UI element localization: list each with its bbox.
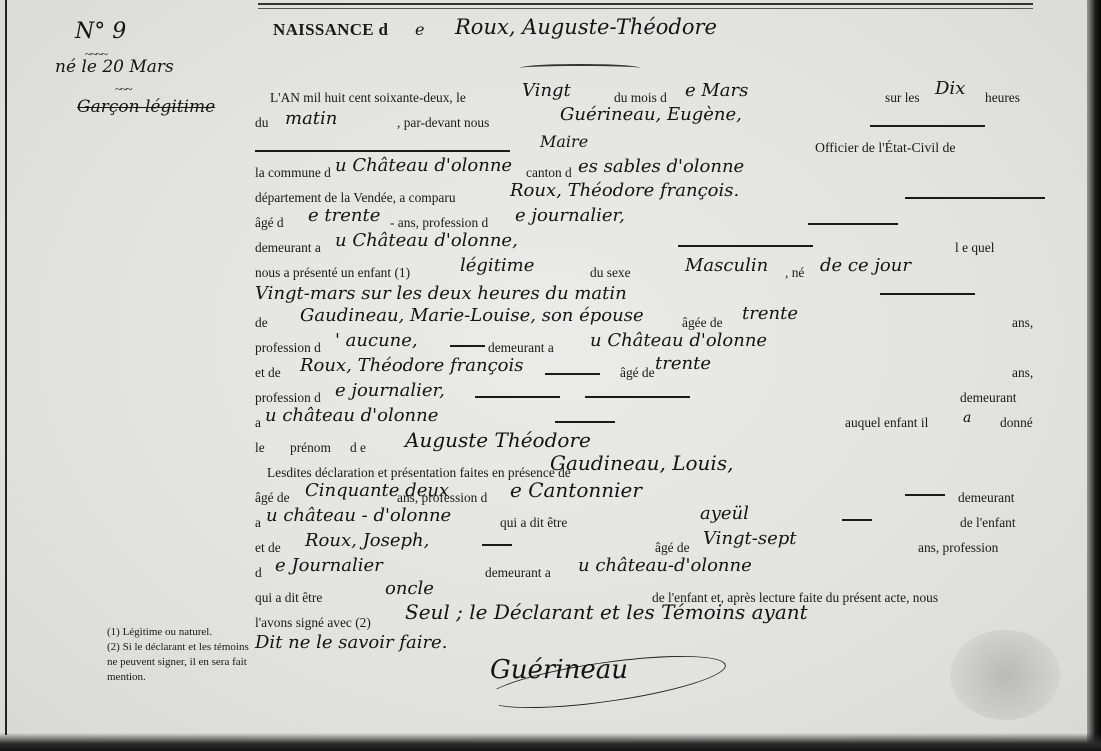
field-witness2-name: Roux, Joseph, (305, 530, 429, 551)
field-father-profession: e journalier, (335, 380, 445, 401)
field-witness2-relation: oncle (385, 578, 434, 599)
printed-text: du sexe (590, 265, 631, 281)
record-title: NAISSANCE d (273, 20, 388, 40)
field-father-residence: u château d'olonne (265, 405, 438, 426)
field-given-names: Auguste Théodore (405, 428, 591, 452)
printed-text: sur les (885, 90, 920, 106)
footnotes: (1) Légitime ou naturel. (2) Si le décla… (95, 625, 255, 685)
field-commune: u Château d'olonne (335, 155, 512, 176)
printed-text: auquel enfant il (845, 415, 928, 431)
printed-text: prénom (290, 440, 331, 456)
fill-line (870, 125, 985, 127)
field-mother-profession: ' aucune, (335, 330, 418, 351)
title-flourish (520, 64, 640, 72)
field-mother-age: trente (742, 303, 798, 324)
field-canton: es sables d'olonne (578, 156, 744, 177)
field-legitimacy: légitime (460, 255, 534, 276)
child-name-heading: Roux, Auguste-Théodore (455, 15, 717, 39)
printed-text: demeurant (958, 490, 1015, 506)
paper-stain (950, 630, 1060, 720)
scan-edge-shadow-bottom (0, 733, 1101, 751)
printed-text: d e (350, 440, 366, 456)
printed-text: L'AN mil huit cent soixante-deux, le (270, 90, 466, 106)
field-mother-name: Gaudineau, Marie-Louise, son épouse (300, 305, 644, 326)
field-father-name: Roux, Théodore françois (300, 355, 524, 376)
field-birth-time: Vingt-mars sur les deux heures du matin (255, 283, 627, 304)
fill-line (905, 197, 1045, 199)
printed-text: a (255, 515, 261, 531)
footnote-1: (1) Légitime ou naturel. (95, 625, 255, 640)
fill-line (450, 345, 485, 347)
printed-text: profession d (255, 340, 321, 356)
field-day: Vingt (522, 80, 571, 101)
field-sex: Masculin (685, 255, 768, 276)
field-witness2-profession: e Journalier (275, 555, 383, 576)
printed-text: ans, (1012, 315, 1033, 331)
printed-text: âgé de (620, 365, 655, 381)
printed-text: canton d (526, 165, 572, 181)
field-officer-name: Guérineau, Eugène, (560, 104, 742, 125)
birth-record-page: N° 9 ~~~~ né le 20 Mars ~~~ Garçon légit… (0, 0, 1101, 751)
margin-sex-status: Garçon légitime (77, 97, 215, 117)
left-border-rule (5, 0, 7, 735)
printed-text: nous a présenté un enfant (1) (255, 265, 410, 281)
field-signature-note: Seul ; le Déclarant et les Témoins ayant (405, 600, 808, 624)
field-declarant-residence: u Château d'olonne, (335, 230, 518, 251)
printed-text: demeurant a (255, 240, 321, 256)
printed-text: , par-devant nous (397, 115, 489, 131)
fill-line (255, 150, 510, 152)
printed-text: qui a dit être (500, 515, 567, 531)
mayor-signature: Guérineau (490, 655, 628, 685)
fill-line (905, 494, 945, 496)
field-time: matin (285, 108, 337, 129)
printed-text: département de la Vendée, a comparu (255, 190, 456, 206)
fill-line (555, 421, 615, 423)
printed-text: d (255, 565, 262, 581)
printed-text: demeurant a (488, 340, 554, 356)
printed-text: profession d (255, 390, 321, 406)
printed-text: l'avons signé avec (2) (255, 615, 371, 631)
field-father-age: trente (655, 353, 711, 374)
printed-text: l e quel (955, 240, 994, 256)
printed-text: a (255, 415, 261, 431)
field-mother-residence: u Château d'olonne (590, 330, 767, 351)
printed-text: âgé de (655, 540, 690, 556)
field-declarant: Roux, Théodore françois. (510, 180, 739, 201)
fill-line (482, 544, 512, 546)
fill-line (585, 396, 690, 398)
fill-line (475, 396, 560, 398)
field-declarant-profession: e journalier, (515, 205, 625, 226)
field-witness1-relation: ayeül (700, 503, 749, 524)
printed-text: qui a dit être (255, 590, 322, 606)
field-witness1-name: Gaudineau, Louis, (550, 451, 733, 475)
printed-text: de (255, 315, 268, 331)
printed-text: ans, profession (918, 540, 998, 556)
printed-text: Officier de l'État-Civil de (815, 140, 956, 156)
field-witness2-residence: u château-d'olonne (578, 555, 752, 576)
printed-text: et de (255, 365, 281, 381)
title-prefix: e (415, 20, 424, 39)
printed-text: âgée de (682, 315, 723, 331)
printed-text: du (255, 115, 268, 131)
fill-line (545, 373, 600, 375)
printed-text: et de (255, 540, 281, 556)
top-rule-thin (258, 8, 1033, 9)
printed-text: âgé d (255, 215, 284, 231)
printed-text: de l'enfant (960, 515, 1016, 531)
fill-line (808, 223, 898, 225)
fill-line (678, 245, 813, 247)
field-birth-day: de ce jour (820, 255, 911, 276)
field-hour: Dix (935, 78, 965, 99)
printed-text: donné (1000, 415, 1033, 431)
record-number: N° 9 (75, 19, 126, 44)
margin-birth-date: né le 20 Mars (55, 57, 174, 77)
printed-text: le (255, 440, 265, 456)
field-witness2-age: Vingt-sept (703, 528, 797, 549)
fill-line (842, 519, 872, 521)
footnote-2: (2) Si le déclarant et les témoins ne pe… (95, 640, 255, 685)
field-declarant-age: e trente (308, 205, 380, 226)
printed-text: heures (985, 90, 1020, 106)
scan-edge-shadow (1087, 0, 1101, 751)
field-witness1-profession: e Cantonnier (510, 478, 642, 502)
field-month: e Mars (685, 80, 748, 101)
field-officer-title: Maire (540, 132, 588, 151)
printed-text: - ans, profession d (390, 215, 488, 231)
printed-text: ans, (1012, 365, 1033, 381)
fill-line (880, 293, 975, 295)
printed-text: ans, profession d (397, 490, 487, 506)
margin-squiggle: ~~~ (115, 82, 131, 97)
printed-text: demeurant (960, 390, 1017, 406)
field-witness1-residence: u château - d'olonne (266, 505, 451, 526)
field-signature-note-cont: Dit ne le savoir faire. (255, 632, 447, 653)
printed-text: a (963, 410, 971, 426)
printed-text: , né (785, 265, 804, 281)
top-rule (258, 3, 1033, 5)
printed-text: la commune d (255, 165, 331, 181)
printed-text: âgé de (255, 490, 290, 506)
printed-text: demeurant a (485, 565, 551, 581)
